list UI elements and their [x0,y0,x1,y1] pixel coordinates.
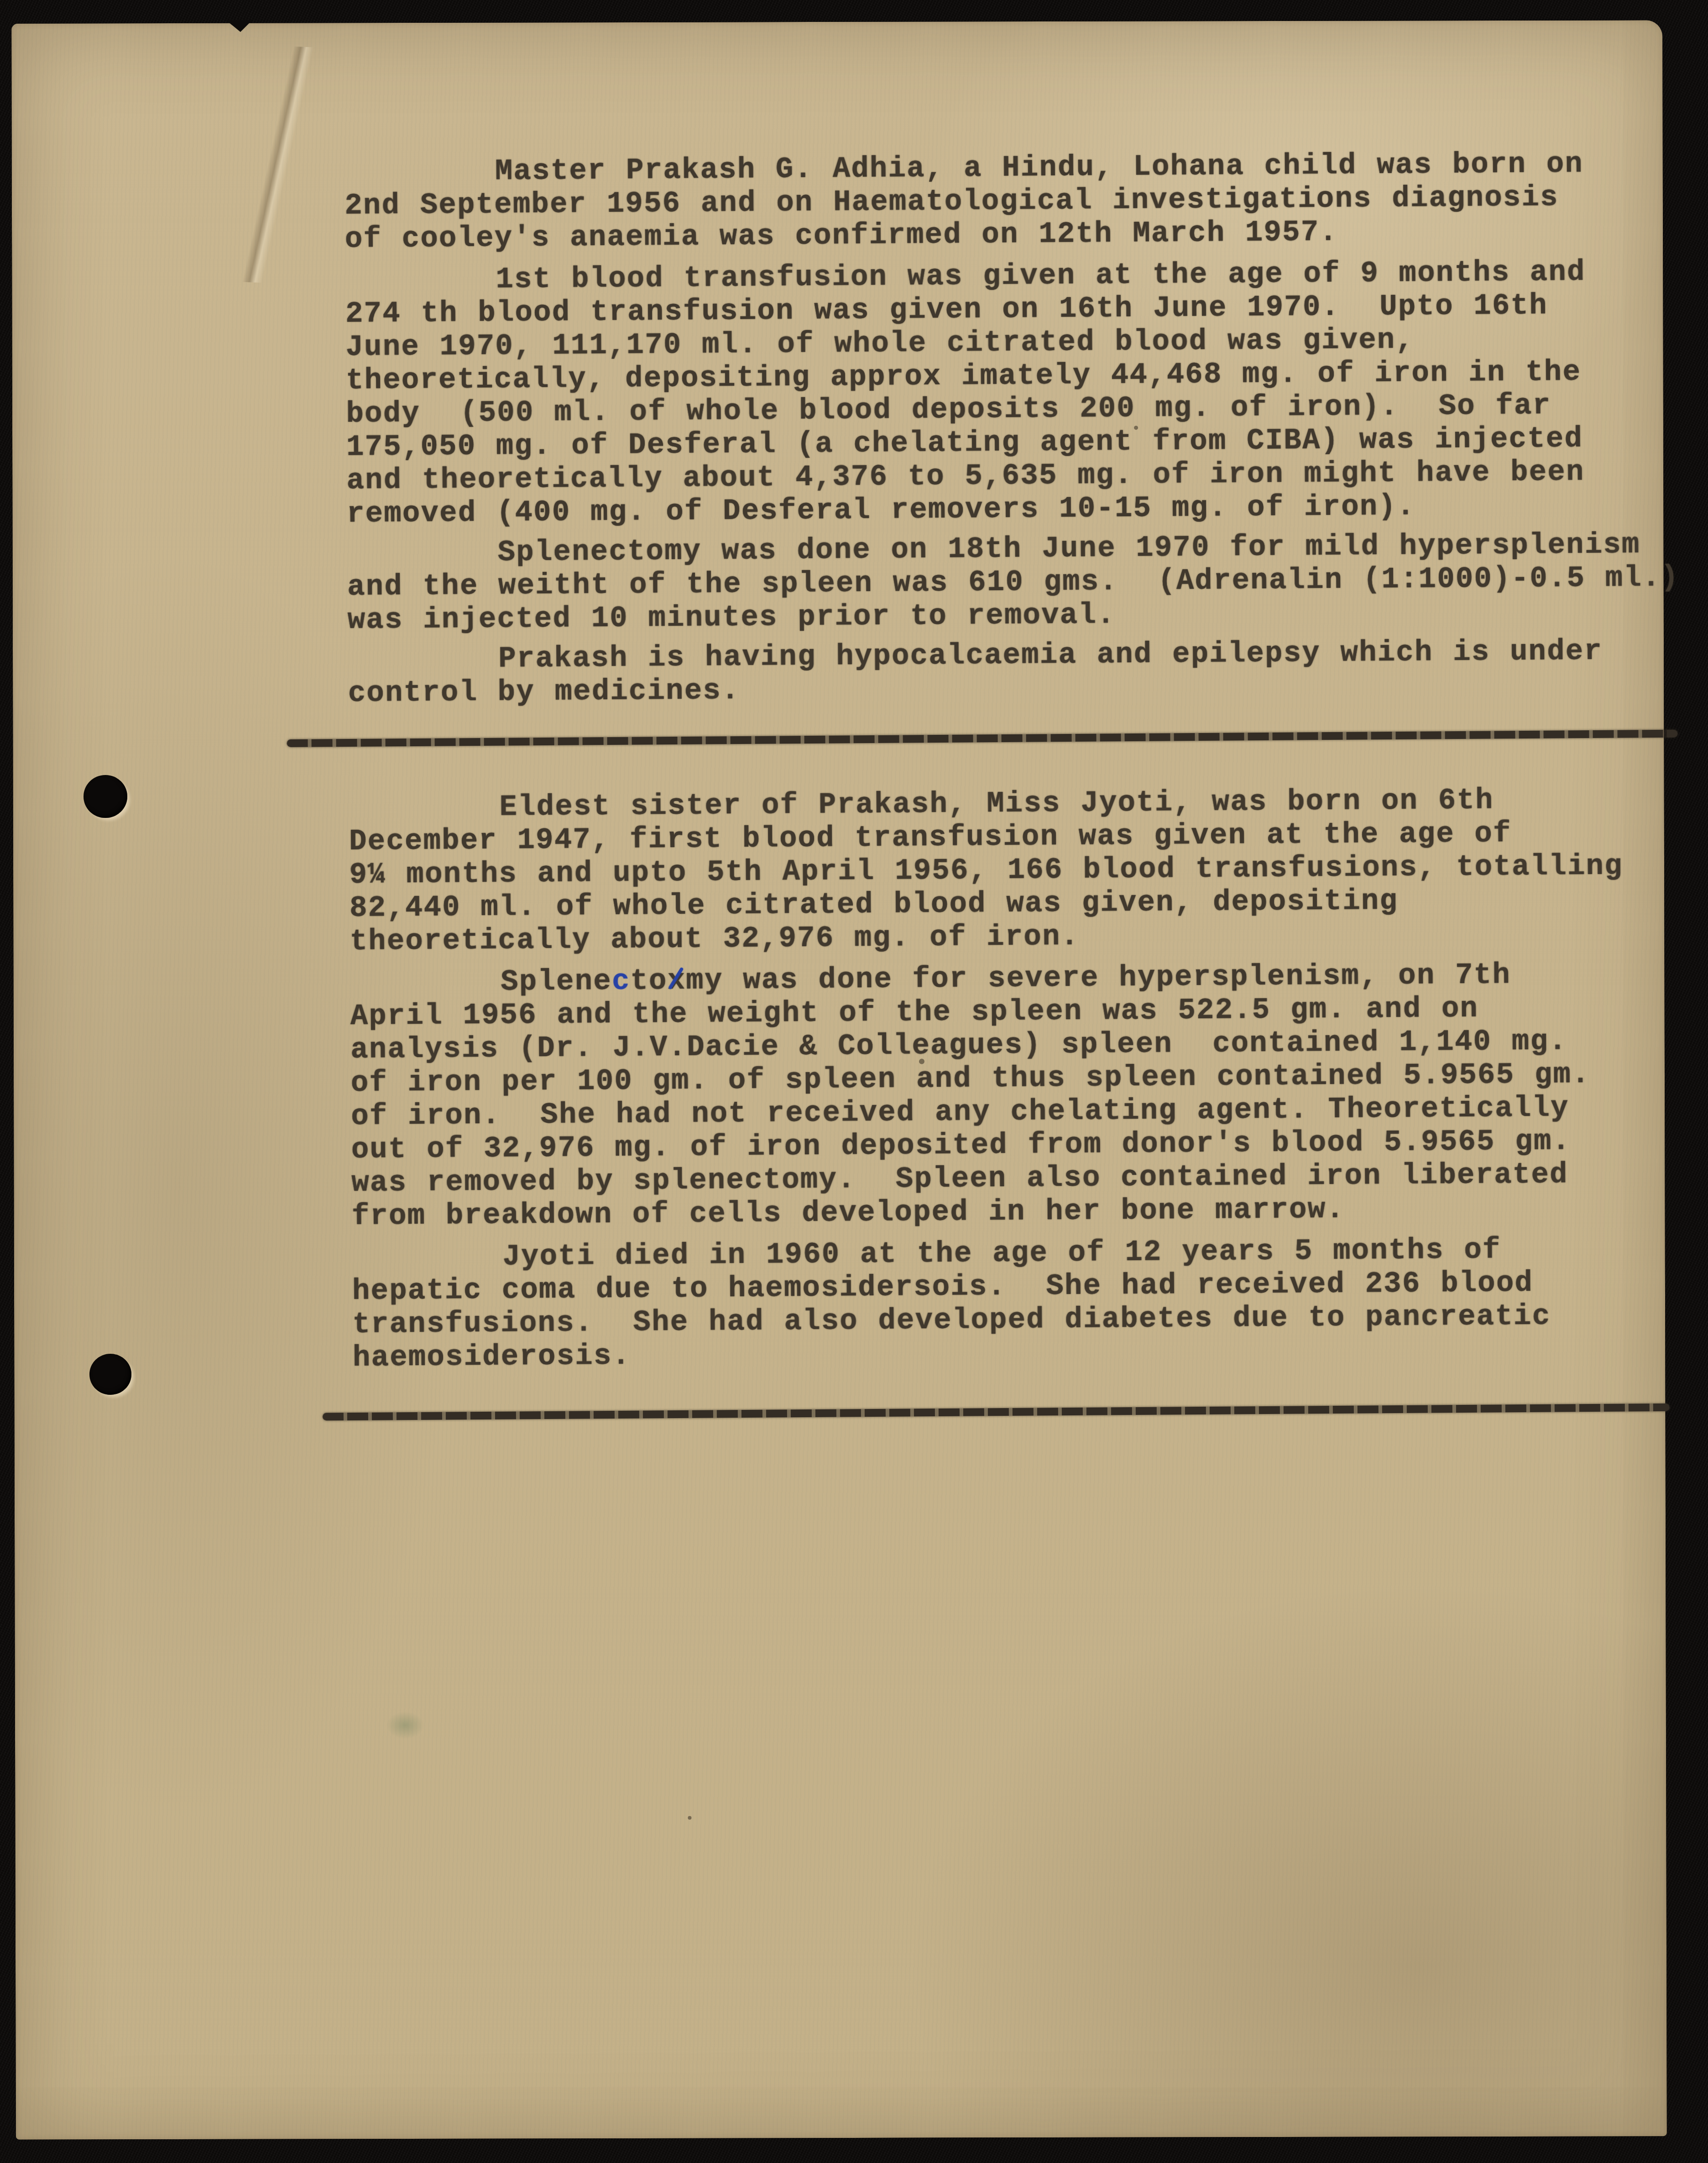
scan-background: { "scan": { "background_color": "#0c0a09… [0,0,1708,2163]
paragraph-jyoti-splenectomy: Splenectoxmy was done for severe hypersp… [350,958,1591,1234]
paragraph-jyoti-death: Jyoti died in 1960 at the age of 12 year… [352,1234,1551,1375]
struck-out-letter: x [667,965,686,998]
paragraph-jyoti-intro: Eldest sister of Prakash, Miss Jyoti, wa… [349,784,1624,959]
paragraph-prakash-intro: Master Prakash G. Adhia, a Hindu, Lohana… [345,148,1584,257]
typed-text-segment: my was done for severe hypersplenism, on… [350,959,1590,1233]
typewritten-text: Master Prakash G. Adhia, a Hindu, Lohana… [0,0,1708,2163]
paragraph-prakash-transfusions: 1st blood transfusion was given at the a… [345,256,1587,531]
typed-text-segment: to [630,965,668,998]
paragraph-prakash-splenectomy: Splenectomy was done on 18th June 1970 f… [347,529,1680,638]
typed-text-segment: Splene [501,965,612,999]
handwritten-correction-letter: c [612,965,631,998]
typed-divider-top [287,730,1678,747]
typed-divider-bottom [323,1404,1670,1421]
paragraph-prakash-condition: Prakash is having hypocalcaemia and epil… [348,635,1603,711]
